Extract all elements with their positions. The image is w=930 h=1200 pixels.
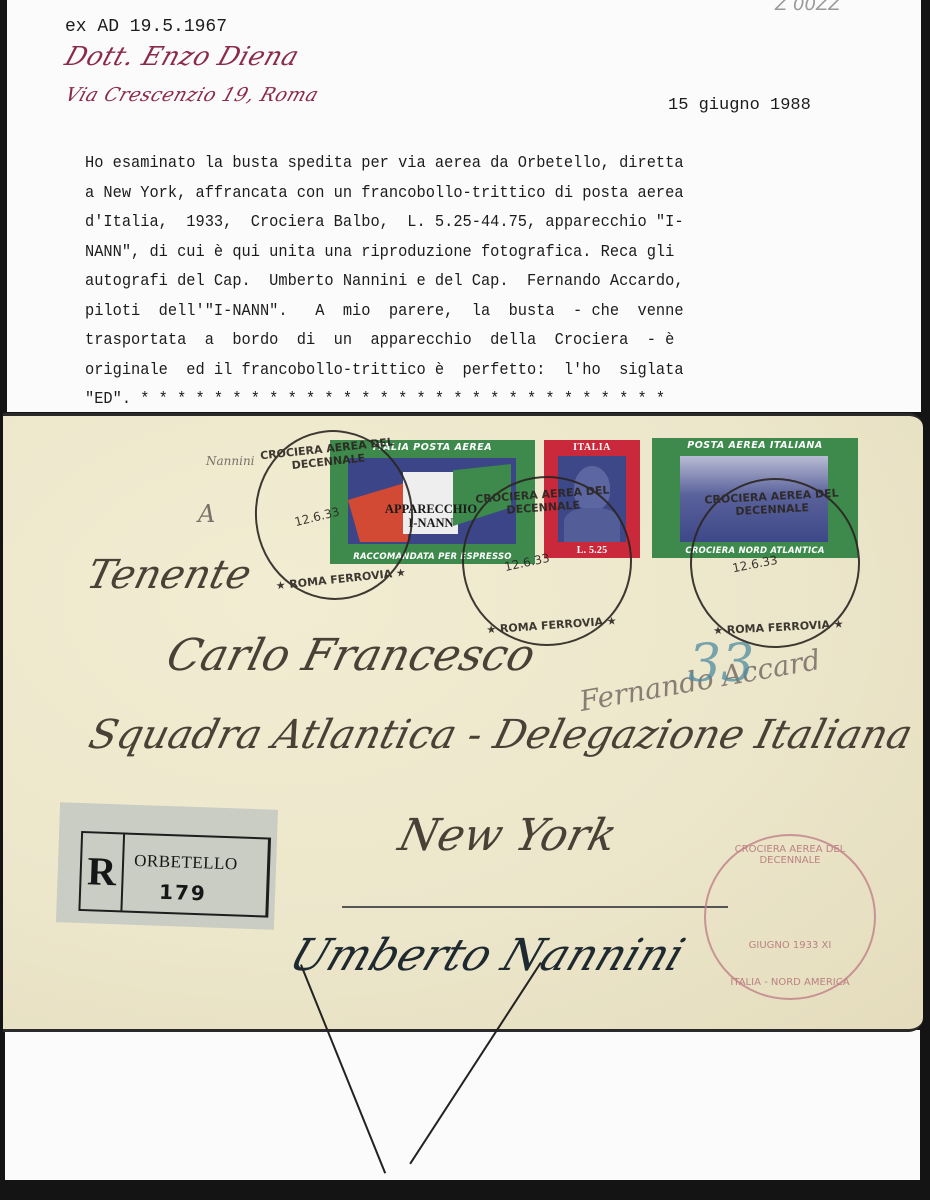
- body-line: "ED". * * * * * * * * * * * * * * * * * …: [85, 384, 783, 414]
- registration-letter: R: [80, 833, 125, 910]
- backing-sheet: [5, 1030, 920, 1180]
- body-line: Ho esaminato la busta spedita per via ae…: [85, 148, 783, 178]
- blue-crayon-mark: 33: [688, 634, 754, 694]
- body-line: piloti dell'"I-NANN". A mio parere, la b…: [85, 296, 783, 326]
- postmark: CROCIERA AEREA DEL DECENNALE 12.6.33 ★ R…: [456, 470, 637, 651]
- address-underline: [342, 906, 728, 908]
- postmark: CROCIERA AEREA DEL DECENNALE 12.6.33 ★ R…: [247, 422, 422, 608]
- address-line: Squadra Atlantica - Delegazione Italiana: [84, 712, 917, 758]
- stamp-top-text: POSTA AEREA ITALIANA: [652, 440, 858, 451]
- address-line: Tenente: [82, 552, 256, 598]
- expert-address: Via Crescenzio 19, Roma: [62, 84, 321, 106]
- certificate-date: 15 giugno 1988: [668, 96, 811, 115]
- address-line: Carlo Francesco: [162, 630, 541, 681]
- pencil-annotation: Z 00ZZ: [775, 0, 841, 15]
- registration-number: 179: [159, 880, 208, 906]
- expert-name: Dott. Enzo Diena: [61, 42, 303, 72]
- registration-label: R ORBETELLO 179: [56, 802, 278, 930]
- address-line: New York: [394, 810, 622, 861]
- body-line: originale ed il francobollo-trittico è p…: [85, 355, 783, 385]
- body-line: d'Italia, 1933, Crociera Balbo, L. 5.25-…: [85, 207, 783, 237]
- body-line: autografi del Cap. Umberto Nannini e del…: [85, 266, 783, 296]
- pencil-mark: A: [198, 500, 215, 528]
- pencil-mark: Nannini: [206, 454, 255, 468]
- provenance-line: ex AD 19.5.1967: [65, 17, 227, 37]
- stamp-top-text: ITALIA: [544, 442, 640, 453]
- body-line: trasportata a bordo di un apparecchio de…: [85, 325, 783, 355]
- certificate-body: Ho esaminato la busta spedita per via ae…: [85, 148, 783, 414]
- body-line: NANN", di cui è qui unita una riproduzio…: [85, 237, 783, 267]
- red-cachet: CROCIERA AEREA DEL DECENNALE GIUGNO 1933…: [704, 834, 876, 1000]
- registration-office: ORBETELLO: [134, 851, 238, 875]
- body-line: a New York, affrancata con un francoboll…: [85, 178, 783, 208]
- postmark: CROCIERA AEREA DEL DECENNALE 12.6.33 ★ R…: [686, 474, 865, 653]
- pilot-signature: Umberto Nannini: [283, 930, 692, 981]
